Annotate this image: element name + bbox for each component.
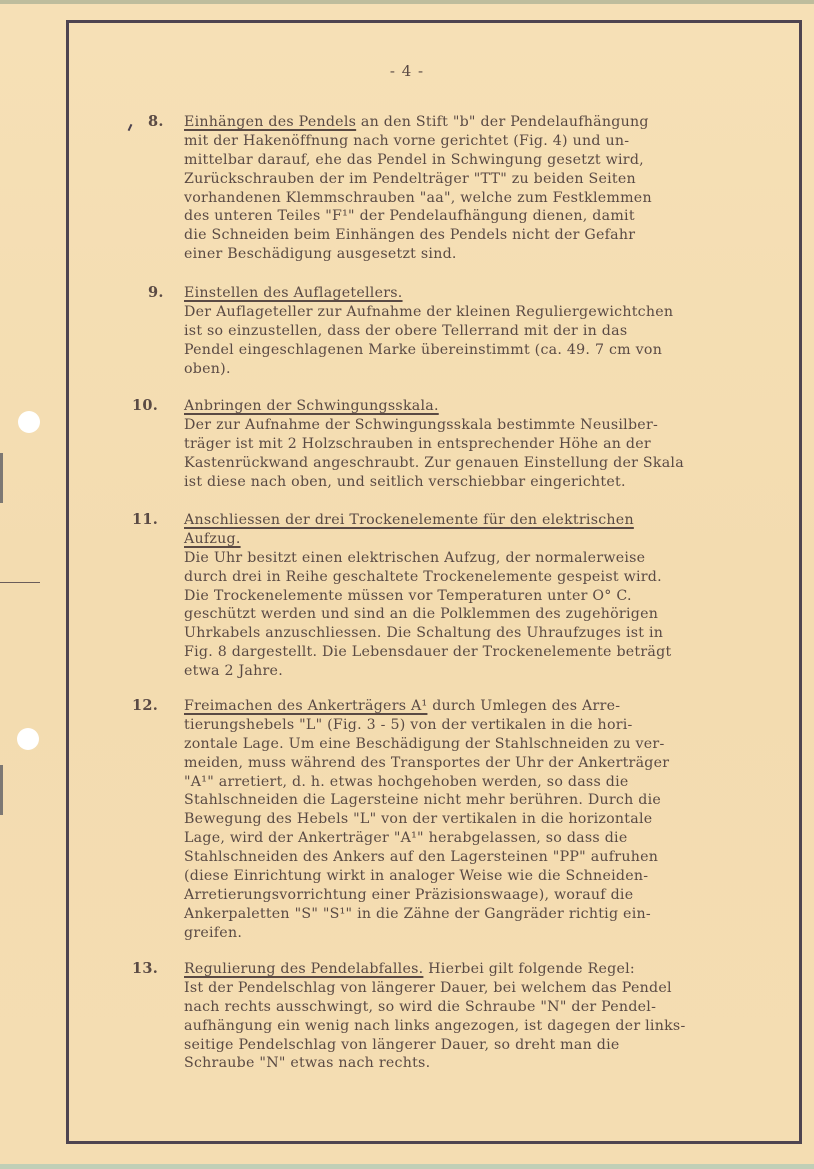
text-line: Uhrkabels anzuschliessen. Die Schaltung … <box>184 624 764 643</box>
text-line: aufhängung ein wenig nach links angezoge… <box>184 1017 764 1036</box>
page-number: - 4 - <box>0 62 814 80</box>
item-heading: Einhängen des Pendels <box>184 114 356 130</box>
text-line: Pendel eingeschlagenen Marke übereinstim… <box>184 341 764 360</box>
text-line: träger ist mit 2 Holzschrauben in entspr… <box>184 435 764 454</box>
text-line: zontale Lage. Um eine Beschädigung der S… <box>184 735 764 754</box>
text-line: Hierbei gilt folgende Regel: <box>423 961 635 977</box>
text-line: Lage, wird der Ankerträger "A¹" herabgel… <box>184 829 764 848</box>
text-line: Fig. 8 dargestellt. Die Lebensdauer der … <box>184 643 764 662</box>
item-body: Einstellen des Auflagetellers. Der Aufla… <box>184 284 764 378</box>
item-number: 11. <box>132 511 158 528</box>
item-number: 12. <box>132 697 158 714</box>
item-body: Regulierung des Pendelabfalles. Hierbei … <box>184 960 764 1073</box>
text-line: durch drei in Reihe geschaltete Trockene… <box>184 568 764 587</box>
item-body: Anbringen der Schwingungsskala. Der zur … <box>184 397 764 491</box>
text-line: Arretierungsvorrichtung einer Präzisions… <box>184 886 764 905</box>
text-line: ist diese nach oben, und seitlich versch… <box>184 473 764 492</box>
text-line: mittelbar darauf, ehe das Pendel in Schw… <box>184 151 764 170</box>
item-number: 10. <box>132 397 158 414</box>
text-line: an den Stift "b" der Pendelaufhängung <box>356 114 649 130</box>
text-line: greifen. <box>184 924 764 943</box>
text-line: ist so einzustellen, dass der obere Tell… <box>184 322 764 341</box>
text-line: geschützt werden und sind an die Polklem… <box>184 605 764 624</box>
item-number: 13. <box>132 960 158 977</box>
text-line: nach rechts ausschwingt, so wird die Sch… <box>184 998 764 1017</box>
item-heading: Einstellen des Auflagetellers. <box>184 285 403 301</box>
page-bottom-edge <box>0 1164 814 1169</box>
item-heading: Anbringen der Schwingungsskala. <box>184 398 439 414</box>
item-heading-continued: Aufzug. <box>184 531 241 547</box>
text-line: vorhandenen Klemmschrauben "aa", welche … <box>184 189 764 208</box>
text-line: des unteren Teiles "F¹" der Pendelaufhän… <box>184 207 764 226</box>
punch-hole-bottom <box>17 728 39 750</box>
item-body: Anschliessen der drei Trockenelemente fü… <box>184 511 764 681</box>
text-line: Der Auflageteller zur Aufnahme der klein… <box>184 303 764 322</box>
item-heading: Regulierung des Pendelabfalles. <box>184 961 423 977</box>
item-body: Freimachen des Ankerträgers A¹ durch Uml… <box>184 697 764 943</box>
text-line: durch Umlegen des Arre- <box>427 698 620 714</box>
punch-hole-top <box>18 411 40 433</box>
item-heading: Anschliessen der drei Trockenelemente fü… <box>184 512 634 528</box>
text-line: (diese Einrichtung wirkt in analoger Wei… <box>184 867 764 886</box>
text-line: Die Uhr besitzt einen elektrischen Aufzu… <box>184 549 764 568</box>
edge-mark <box>0 765 3 815</box>
text-line: Stahlschneiden die Lagersteine nicht meh… <box>184 791 764 810</box>
fold-mark <box>0 582 40 583</box>
text-line: Kastenrückwand angeschraubt. Zur genauen… <box>184 454 764 473</box>
item-number: 9. <box>148 284 164 301</box>
text-line: Der zur Aufnahme der Schwingungsskala be… <box>184 416 764 435</box>
page-top-edge <box>0 0 814 4</box>
text-line: Die Trockenelemente müssen vor Temperatu… <box>184 587 764 606</box>
edge-mark <box>0 453 3 503</box>
item-heading: Freimachen des Ankerträgers A¹ <box>184 698 427 714</box>
text-line: Zurückschrauben der im Pendelträger "TT"… <box>184 170 764 189</box>
text-line: meiden, muss während des Transportes der… <box>184 754 764 773</box>
text-line: mit der Hakenöffnung nach vorne gerichte… <box>184 132 764 151</box>
text-line: Ankerpaletten "S" "S¹" in die Zähne der … <box>184 905 764 924</box>
text-line: einer Beschädigung ausgesetzt sind. <box>184 245 764 264</box>
text-line: Schraube "N" etwas nach rechts. <box>184 1054 764 1073</box>
text-line: seitige Pendelschlag von längerer Dauer,… <box>184 1036 764 1055</box>
item-body: Einhängen des Pendels an den Stift "b" d… <box>184 113 764 264</box>
item-number: 8. <box>148 113 164 130</box>
text-line: "A¹" arretiert, d. h. etwas hochgehoben … <box>184 773 764 792</box>
text-line: Ist der Pendelschlag von längerer Dauer,… <box>184 979 764 998</box>
text-line: tierungshebels "L" (Fig. 3 - 5) von der … <box>184 716 764 735</box>
text-line: oben). <box>184 360 764 379</box>
text-line: etwa 2 Jahre. <box>184 662 764 681</box>
text-line: Stahlschneiden des Ankers auf den Lagers… <box>184 848 764 867</box>
text-line: die Schneiden beim Einhängen des Pendels… <box>184 226 764 245</box>
text-line: Bewegung des Hebels "L" von der vertikal… <box>184 810 764 829</box>
